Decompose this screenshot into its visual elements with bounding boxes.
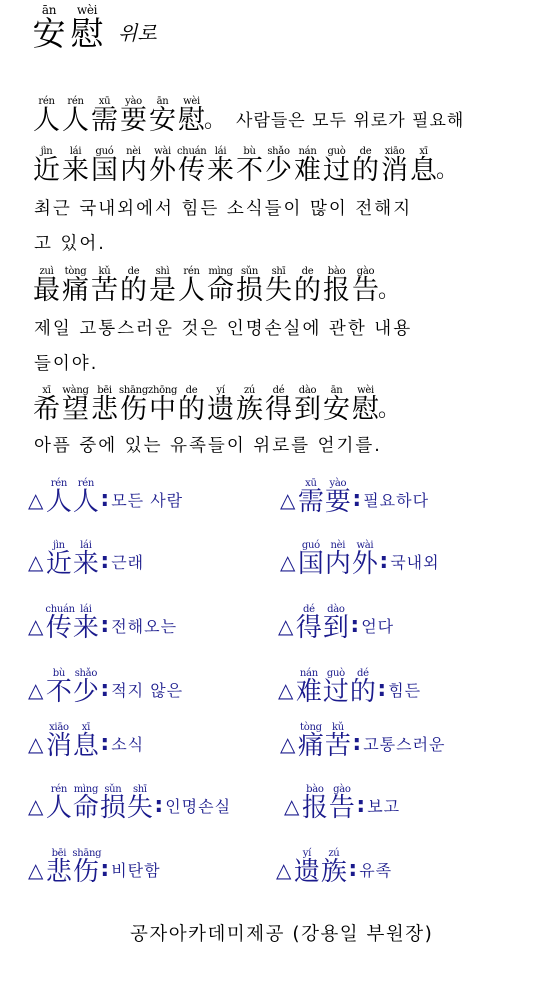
ruby-char: shī失 — [126, 784, 153, 821]
punctuation: 。 — [436, 153, 458, 184]
ruby-char: sǔn损 — [235, 266, 264, 304]
triangle-marker-icon: △ — [280, 550, 295, 574]
hanzi: 是 — [148, 277, 177, 304]
ruby-char: de的 — [177, 385, 206, 423]
triangle-marker-icon: △ — [28, 488, 43, 512]
separator-colon: : — [154, 793, 163, 818]
triangle-marker-icon: △ — [28, 732, 43, 756]
separator-colon: : — [377, 677, 386, 702]
ruby-char: de的 — [293, 266, 322, 304]
korean-translation: 제일 고통스러운 것은 인명손실에 관한 내용 — [34, 315, 412, 340]
ruby-char: wài外 — [351, 540, 378, 577]
hanzi: 慰 — [351, 396, 380, 423]
hanzi: 需 — [297, 489, 324, 515]
vocab-korean: 소식 — [111, 732, 144, 755]
punctuation: 。 — [204, 103, 226, 134]
hanzi: 损 — [99, 795, 126, 821]
hanzi: 国 — [90, 157, 119, 184]
hanzi: 要 — [119, 107, 148, 134]
ruby-char: xī息 — [72, 722, 99, 759]
ruby-char: xiāo消 — [380, 146, 409, 184]
ruby-char: zuì最 — [32, 266, 61, 304]
ruby-char: bēi悲 — [45, 848, 72, 885]
ruby-char: yào要 — [324, 478, 351, 515]
title-char: ān 安 — [30, 4, 68, 50]
hanzi: 少 — [264, 157, 293, 184]
vocab-korean: 적지 않은 — [111, 678, 183, 701]
ruby-char: bēi悲 — [90, 385, 119, 423]
ruby-char: rén人 — [72, 478, 99, 515]
vocab-korean: 필요하다 — [363, 488, 429, 511]
hanzi: 的 — [349, 679, 376, 705]
ruby-char: rén人 — [45, 784, 72, 821]
ruby-char: shǎo少 — [72, 668, 99, 705]
vocab-korean: 전해오는 — [111, 614, 177, 637]
hanzi: 内 — [119, 157, 148, 184]
ruby-char: bù不 — [45, 668, 72, 705]
ruby-char: ān安 — [148, 96, 177, 134]
hanzi: 最 — [32, 277, 61, 304]
hanzi: 慰 — [177, 107, 206, 134]
korean-translation: 아픔 중에 있는 유족들이 위로를 얻기를. — [34, 432, 382, 457]
triangle-marker-icon: △ — [28, 858, 43, 882]
hanzi: 遗 — [206, 396, 235, 423]
separator-colon: : — [352, 487, 361, 512]
ruby-char: yí遗 — [293, 848, 320, 885]
hanzi: 望 — [61, 396, 90, 423]
separator-colon: : — [100, 549, 109, 574]
lesson-title: ān 安 wèi 慰 위로 — [30, 4, 157, 50]
korean-translation: 사람들은 모두 위로가 필요해 — [236, 106, 464, 131]
ruby-char: zhōng中 — [148, 385, 177, 423]
ruby-char: xū需 — [297, 478, 324, 515]
triangle-marker-icon: △ — [276, 858, 291, 882]
vocab-korean: 비탄함 — [111, 858, 160, 881]
triangle-marker-icon: △ — [284, 794, 299, 818]
hanzi: 人 — [61, 107, 90, 134]
ruby-char: lái来 — [206, 146, 235, 184]
triangle-marker-icon: △ — [278, 614, 293, 638]
vocab-item: △bù不shǎo少:적지 않은 — [28, 668, 183, 705]
hanzi: 到 — [293, 396, 322, 423]
vocab-korean: 얻다 — [361, 614, 394, 637]
ruby-char: guó国 — [297, 540, 324, 577]
hanzi: 得 — [264, 396, 293, 423]
triangle-marker-icon: △ — [278, 678, 293, 702]
hanzi: 的 — [119, 277, 148, 304]
ruby-char: chuán传 — [177, 146, 206, 184]
vocab-item: △rén人rén人:모든 사람 — [28, 478, 183, 515]
vocab-item: △bào报gào告:보고 — [284, 784, 400, 821]
hanzi: 安 — [322, 396, 351, 423]
hanzi: 命 — [206, 277, 235, 304]
separator-colon: : — [100, 857, 109, 882]
ruby-char: mìng命 — [72, 784, 99, 821]
ruby-char: bù不 — [235, 146, 264, 184]
hanzi: 来 — [72, 615, 99, 641]
hanzi: 安 — [30, 17, 68, 50]
sentence: zuì最tòng痛kǔ苦de的shì是rén人mìng命sǔn损shī失de的b… — [32, 266, 400, 304]
korean-translation: 들이야. — [34, 350, 98, 375]
hanzi: 悲 — [90, 396, 119, 423]
sentence: jìn近lái来guó国nèi内wài外chuán传lái来bù不shǎo少ná… — [32, 146, 458, 184]
korean-translation: 최근 국내외에서 힘든 소식들이 많이 전해지 — [34, 195, 412, 220]
separator-colon: : — [100, 677, 109, 702]
title-char: wèi 慰 — [68, 4, 106, 50]
hanzi: 来 — [72, 551, 99, 577]
hanzi: 伤 — [119, 396, 148, 423]
triangle-marker-icon: △ — [28, 794, 43, 818]
hanzi: 悲 — [45, 859, 72, 885]
hanzi: 消 — [380, 157, 409, 184]
hanzi: 内 — [324, 551, 351, 577]
hanzi: 损 — [235, 277, 264, 304]
hanzi: 告 — [351, 277, 380, 304]
hanzi: 的 — [177, 396, 206, 423]
ruby-char: dé的 — [349, 668, 376, 705]
ruby-char: lái来 — [72, 604, 99, 641]
vocab-item: △xiāo消xī息:소식 — [28, 722, 144, 759]
hanzi: 痛 — [61, 277, 90, 304]
ruby-char: xiāo消 — [45, 722, 72, 759]
ruby-char: rén人 — [177, 266, 206, 304]
hanzi: 不 — [235, 157, 264, 184]
vocab-item: △guó国nèi内wài外:국내외 — [280, 540, 440, 577]
hanzi: 需 — [90, 107, 119, 134]
hanzi: 得 — [295, 615, 322, 641]
ruby-char: xī希 — [32, 385, 61, 423]
ruby-char: yào要 — [119, 96, 148, 134]
vocab-item: △jìn近lái来:근래 — [28, 540, 144, 577]
vocab-korean: 국내외 — [390, 550, 439, 573]
punctuation: 。 — [378, 273, 400, 304]
vocab-korean: 유족 — [359, 858, 392, 881]
hanzi: 报 — [322, 277, 351, 304]
ruby-char: sǔn损 — [99, 784, 126, 821]
hanzi: 希 — [32, 396, 61, 423]
ruby-char: kǔ苦 — [90, 266, 119, 304]
hanzi: 人 — [72, 489, 99, 515]
ruby-char: xū需 — [90, 96, 119, 134]
ruby-char: rén人 — [61, 96, 90, 134]
vocab-item: △yí遗zú族:유족 — [276, 848, 392, 885]
separator-colon: : — [100, 487, 109, 512]
ruby-char: jìn近 — [45, 540, 72, 577]
hanzi: 慰 — [68, 17, 106, 50]
ruby-char: shì是 — [148, 266, 177, 304]
vocab-item: △dé得dào到:얻다 — [278, 604, 394, 641]
ruby-char: nán难 — [295, 668, 322, 705]
ruby-char: dào到 — [322, 604, 349, 641]
ruby-char: yí遗 — [206, 385, 235, 423]
ruby-char: kǔ苦 — [324, 722, 351, 759]
ruby-char: nèi内 — [324, 540, 351, 577]
vocab-korean: 힘든 — [388, 678, 421, 701]
vocab-item: △xū需yào要:필요하다 — [280, 478, 429, 515]
ruby-char: shǎo少 — [264, 146, 293, 184]
hanzi: 过 — [322, 157, 351, 184]
ruby-char: wèi慰 — [177, 96, 206, 134]
hanzi: 到 — [322, 615, 349, 641]
ruby-char: bào报 — [322, 266, 351, 304]
ruby-char: bào报 — [301, 784, 328, 821]
hanzi: 人 — [177, 277, 206, 304]
ruby-char: mìng命 — [206, 266, 235, 304]
hanzi: 不 — [45, 679, 72, 705]
vocab-item: △chuán传lái来:전해오는 — [28, 604, 177, 641]
hanzi: 失 — [126, 795, 153, 821]
hanzi: 近 — [45, 551, 72, 577]
hanzi: 难 — [293, 157, 322, 184]
ruby-char: tòng痛 — [297, 722, 324, 759]
sentence: xī希wàng望bēi悲shāng伤zhōng中de的yí遗zú族dé得dào到… — [32, 385, 400, 423]
ruby-char: shāng伤 — [72, 848, 99, 885]
hanzi: 少 — [72, 679, 99, 705]
hanzi: 来 — [206, 157, 235, 184]
ruby-char: dào到 — [293, 385, 322, 423]
triangle-marker-icon: △ — [28, 678, 43, 702]
title-korean: 위로 — [118, 17, 157, 46]
ruby-char: de的 — [351, 146, 380, 184]
ruby-char: lái来 — [61, 146, 90, 184]
ruby-char: dé得 — [264, 385, 293, 423]
vocab-korean: 모든 사람 — [111, 488, 183, 511]
hanzi: 中 — [148, 396, 177, 423]
ruby-char: tòng痛 — [61, 266, 90, 304]
hanzi: 安 — [148, 107, 177, 134]
triangle-marker-icon: △ — [280, 488, 295, 512]
ruby-char: xī息 — [409, 146, 438, 184]
hanzi: 失 — [264, 277, 293, 304]
vocab-item: △bēi悲shāng伤:비탄함 — [28, 848, 161, 885]
vocab-korean: 인명손실 — [165, 794, 231, 817]
hanzi: 外 — [351, 551, 378, 577]
separator-colon: : — [100, 731, 109, 756]
ruby-char: guò过 — [322, 668, 349, 705]
punctuation: 。 — [378, 392, 400, 423]
credit-line: 공자아카데미제공 (강용일 부원장) — [130, 920, 433, 946]
hanzi: 来 — [61, 157, 90, 184]
ruby-char: zú族 — [320, 848, 347, 885]
hanzi: 人 — [45, 795, 72, 821]
ruby-char: wài外 — [148, 146, 177, 184]
korean-translation: 고 있어. — [34, 230, 106, 255]
separator-colon: : — [356, 793, 365, 818]
hanzi: 难 — [295, 679, 322, 705]
hanzi: 过 — [322, 679, 349, 705]
hanzi: 近 — [32, 157, 61, 184]
hanzi: 要 — [324, 489, 351, 515]
ruby-char: ān安 — [322, 385, 351, 423]
hanzi: 人 — [45, 489, 72, 515]
sentence: rén人rén人xū需yào要ān安wèi慰。사람들은 모두 위로가 필요해 — [32, 96, 464, 134]
separator-colon: : — [348, 857, 357, 882]
hanzi: 族 — [235, 396, 264, 423]
vocab-korean: 고통스러운 — [363, 732, 445, 755]
ruby-char: rén人 — [32, 96, 61, 134]
ruby-char: lái来 — [72, 540, 99, 577]
triangle-marker-icon: △ — [280, 732, 295, 756]
hanzi: 息 — [409, 157, 438, 184]
hanzi: 传 — [45, 615, 72, 641]
hanzi: 报 — [301, 795, 328, 821]
ruby-char: nèi内 — [119, 146, 148, 184]
hanzi: 息 — [72, 733, 99, 759]
hanzi: 苦 — [90, 277, 119, 304]
separator-colon: : — [379, 549, 388, 574]
separator-colon: : — [352, 731, 361, 756]
ruby-char: dé得 — [295, 604, 322, 641]
hanzi: 消 — [45, 733, 72, 759]
ruby-char: chuán传 — [45, 604, 72, 641]
hanzi: 遗 — [293, 859, 320, 885]
ruby-char: shāng伤 — [119, 385, 148, 423]
hanzi: 命 — [72, 795, 99, 821]
hanzi: 苦 — [324, 733, 351, 759]
ruby-char: wàng望 — [61, 385, 90, 423]
ruby-char: shī失 — [264, 266, 293, 304]
vocab-korean: 근래 — [111, 550, 144, 573]
triangle-marker-icon: △ — [28, 614, 43, 638]
separator-colon: : — [350, 613, 359, 638]
triangle-marker-icon: △ — [28, 550, 43, 574]
hanzi: 告 — [328, 795, 355, 821]
ruby-char: zú族 — [235, 385, 264, 423]
ruby-char: gào告 — [328, 784, 355, 821]
hanzi: 国 — [297, 551, 324, 577]
ruby-char: guò过 — [322, 146, 351, 184]
hanzi: 传 — [177, 157, 206, 184]
ruby-char: rén人 — [45, 478, 72, 515]
ruby-char: de的 — [119, 266, 148, 304]
vocab-korean: 보고 — [367, 794, 400, 817]
hanzi: 人 — [32, 107, 61, 134]
hanzi: 族 — [320, 859, 347, 885]
vocab-item: △nán难guò过dé的:힘든 — [278, 668, 421, 705]
hanzi: 痛 — [297, 733, 324, 759]
ruby-char: nán难 — [293, 146, 322, 184]
separator-colon: : — [100, 613, 109, 638]
ruby-char: gào告 — [351, 266, 380, 304]
hanzi: 的 — [293, 277, 322, 304]
ruby-char: jìn近 — [32, 146, 61, 184]
vocab-item: △tòng痛kǔ苦:고통스러운 — [280, 722, 445, 759]
hanzi: 伤 — [72, 859, 99, 885]
ruby-char: guó国 — [90, 146, 119, 184]
hanzi: 的 — [351, 157, 380, 184]
ruby-char: wèi慰 — [351, 385, 380, 423]
vocab-item: △rén人mìng命sǔn损shī失:인명손실 — [28, 784, 231, 821]
hanzi: 外 — [148, 157, 177, 184]
